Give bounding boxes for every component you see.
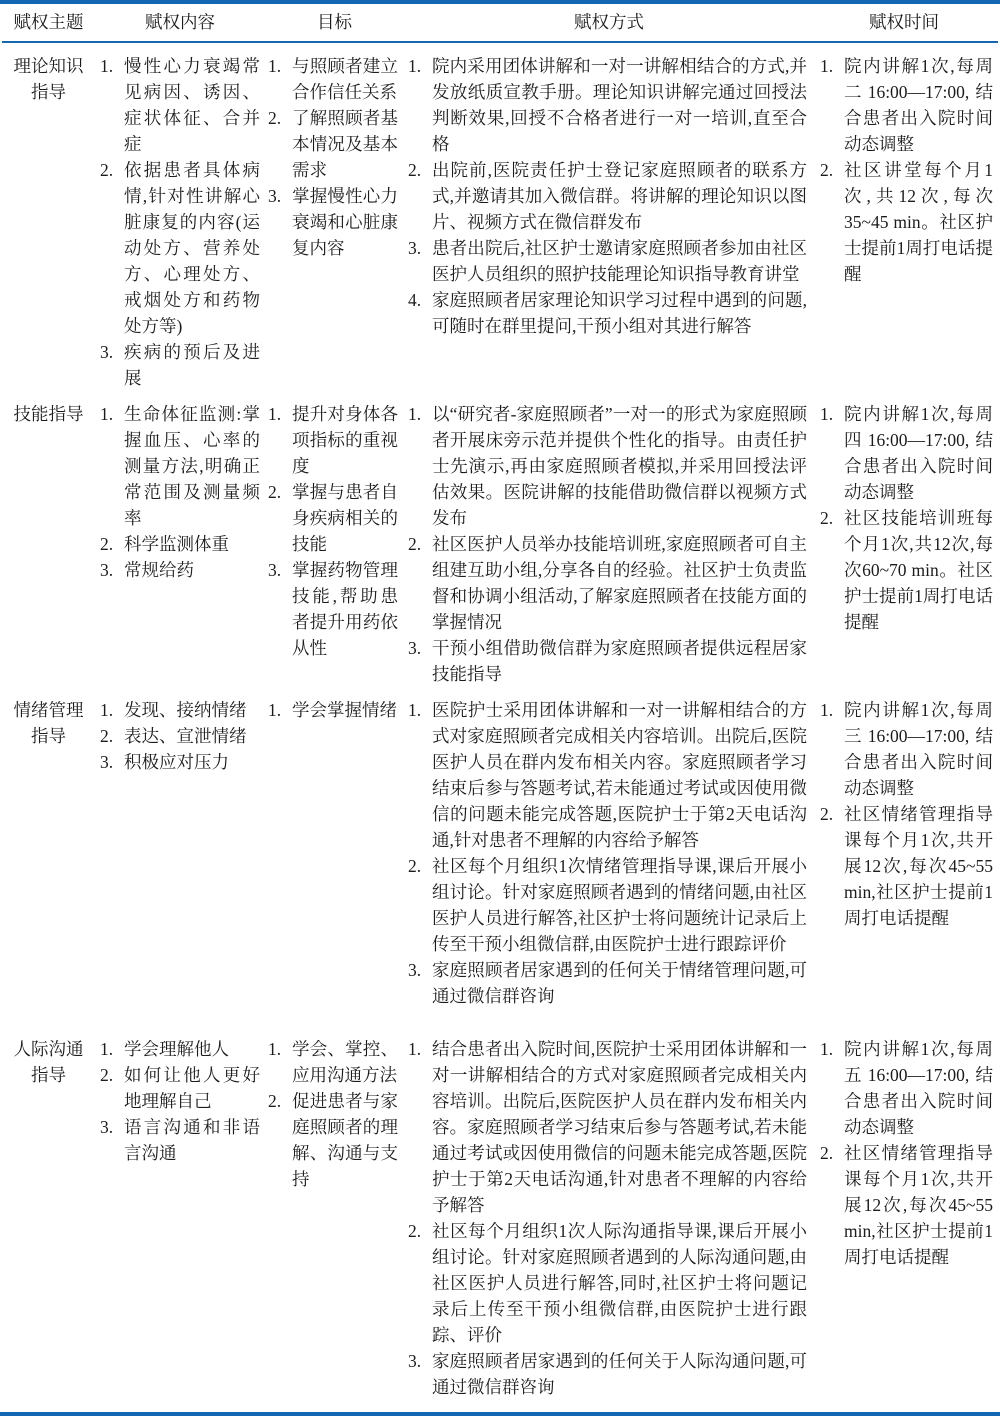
- content-list: 学会理解他人 如何让他人更好地理解自己 语言沟通和非语言沟通: [100, 1036, 260, 1166]
- content-cell: 发现、接纳情绪 表达、宣泄情绪 积极应对压力: [95, 697, 265, 1026]
- content-item: 学会理解他人: [100, 1036, 260, 1062]
- header-cell-method: 赋权方式: [404, 10, 814, 34]
- method-list: 以“研究者-家庭照顾者”一对一的形式为家庭照顾者开展床旁示范并提供个性化的指导。…: [408, 401, 807, 687]
- goal-cell: 与照顾者建立合作信任关系 了解照顾者基本情况及基本需求 掌握慢性心力衰竭和心脏康…: [265, 53, 404, 391]
- header-cell-content: 赋权内容: [95, 10, 265, 34]
- method-item: 家庭照顾者居家遇到的任何关于人际沟通问题,可通过微信群咨询: [408, 1348, 807, 1400]
- method-item: 院内采用团体讲解和一对一讲解相结合的方式,并发放纸质宣教手册。理论知识讲解完通过…: [408, 53, 807, 157]
- time-item: 院内讲解1次,每周五16:00—17:00,结合患者出入院时间动态调整: [820, 1036, 993, 1140]
- time-list: 院内讲解1次,每周三16:00—17:00,结合患者出入院时间动态调整 社区情绪…: [820, 697, 993, 931]
- content-item: 依据患者具体病情,针对性讲解心脏康复的内容(运动处方、营养处方、心理处方、戒烟处…: [100, 157, 260, 339]
- method-item: 结合患者出入院时间,医院护士采用团体讲解和一对一讲解相结合的方式对家庭照顾者完成…: [408, 1036, 807, 1218]
- theme-cell: 情绪管理指导: [2, 697, 95, 1026]
- goal-item: 促进患者与家庭照顾者的理解、沟通与支持: [268, 1088, 398, 1192]
- content-item: 表达、宣泄情绪: [100, 723, 260, 749]
- method-list: 院内采用团体讲解和一对一讲解相结合的方式,并发放纸质宣教手册。理论知识讲解完通过…: [408, 53, 807, 339]
- method-cell: 以“研究者-家庭照顾者”一对一的形式为家庭照顾者开展床旁示范并提供个性化的指导。…: [404, 401, 814, 687]
- method-item: 社区每个月组织1次情绪管理指导课,课后开展小组讨论。针对家庭照顾者遇到的情绪问题…: [408, 853, 807, 957]
- content-item: 生命体征监测:掌握血压、心率的测量方法,明确正常范围及测量频率: [100, 401, 260, 531]
- goal-list: 提升对身体各项指标的重视度 掌握与患者自身疾病相关的技能 掌握药物管理技能,帮助…: [268, 401, 398, 661]
- content-item: 积极应对压力: [100, 749, 260, 775]
- method-list: 医院护士采用团体讲解和一对一讲解相结合的方式对家庭照顾者完成相关内容培训。出院后…: [408, 697, 807, 1009]
- method-item: 医院护士采用团体讲解和一对一讲解相结合的方式对家庭照顾者完成相关内容培训。出院后…: [408, 697, 807, 853]
- method-item: 患者出院后,社区护士邀请家庭照顾者参加由社区医护人员组织的照护技能理论知识指导教…: [408, 235, 807, 287]
- goal-item: 学会掌握情绪: [268, 697, 398, 723]
- goal-item: 掌握慢性心力衰竭和心脏康复内容: [268, 183, 398, 261]
- time-list: 院内讲解1次,每周四16:00—17:00,结合患者出入院时间动态调整 社区技能…: [820, 401, 993, 635]
- time-item: 社区情绪管理指导课每个月1次,共开展12次,每次45~55 min,社区护士提前…: [820, 801, 993, 931]
- goal-cell: 学会掌握情绪: [265, 697, 404, 1026]
- header-cell-theme: 赋权主题: [2, 10, 95, 34]
- time-cell: 院内讲解1次,每周五16:00—17:00,结合患者出入院时间动态调整 社区情绪…: [814, 1036, 994, 1412]
- time-item: 院内讲解1次,每周三16:00—17:00,结合患者出入院时间动态调整: [820, 697, 993, 801]
- content-list: 发现、接纳情绪 表达、宣泄情绪 积极应对压力: [100, 697, 260, 775]
- time-cell: 院内讲解1次,每周三16:00—17:00,结合患者出入院时间动态调整 社区情绪…: [814, 697, 994, 1026]
- goal-item: 掌握与患者自身疾病相关的技能: [268, 479, 398, 557]
- method-item: 社区每个月组织1次人际沟通指导课,课后开展小组讨论。针对家庭照顾者遇到的人际沟通…: [408, 1218, 807, 1348]
- content-cell: 生命体征监测:掌握血压、心率的测量方法,明确正常范围及测量频率 科学监测体重 常…: [95, 401, 265, 687]
- content-list: 生命体征监测:掌握血压、心率的测量方法,明确正常范围及测量频率 科学监测体重 常…: [100, 401, 260, 583]
- content-item: 如何让他人更好地理解自己: [100, 1062, 260, 1114]
- theme-cell: 技能指导: [2, 401, 95, 687]
- content-item: 发现、接纳情绪: [100, 697, 260, 723]
- time-cell: 院内讲解1次,每周四16:00—17:00,结合患者出入院时间动态调整 社区技能…: [814, 401, 994, 687]
- time-item: 社区情绪管理指导课每个月1次,共开展12次,每次45~55 min,社区护士提前…: [820, 1140, 993, 1270]
- time-item: 社区讲堂每个月1次,共12次,每次35~45 min。社区护士提前1周打电话提醒: [820, 157, 993, 287]
- method-item: 以“研究者-家庭照顾者”一对一的形式为家庭照顾者开展床旁示范并提供个性化的指导。…: [408, 401, 807, 531]
- goal-list: 学会掌握情绪: [268, 697, 398, 723]
- goal-item: 掌握药物管理技能,帮助患者提升用药依从性: [268, 557, 398, 661]
- theme-cell: 人际沟通指导: [2, 1036, 95, 1412]
- time-item: 院内讲解1次,每周四16:00—17:00,结合患者出入院时间动态调整: [820, 401, 993, 505]
- goal-item: 提升对身体各项指标的重视度: [268, 401, 398, 479]
- time-item: 院内讲解1次,每周二16:00—17:00,结合患者出入院时间动态调整: [820, 53, 993, 157]
- method-item: 家庭照顾者居家遇到的任何关于情绪管理问题,可通过微信群咨询: [408, 957, 807, 1009]
- method-item: 出院前,医院责任护士登记家庭照顾者的联系方式,并邀请其加入微信群。将讲解的理论知…: [408, 157, 807, 235]
- table-row-emotion-management: 情绪管理指导 发现、接纳情绪 表达、宣泄情绪 积极应对压力 学会掌握情绪 医院护…: [2, 687, 998, 1026]
- time-list: 院内讲解1次,每周二16:00—17:00,结合患者出入院时间动态调整 社区讲堂…: [820, 53, 993, 287]
- method-cell: 医院护士采用团体讲解和一对一讲解相结合的方式对家庭照顾者完成相关内容培训。出院后…: [404, 697, 814, 1026]
- time-list: 院内讲解1次,每周五16:00—17:00,结合患者出入院时间动态调整 社区情绪…: [820, 1036, 993, 1270]
- table-row-skill: 技能指导 生命体征监测:掌握血压、心率的测量方法,明确正常范围及测量频率 科学监…: [2, 391, 998, 687]
- method-list: 结合患者出入院时间,医院护士采用团体讲解和一对一讲解相结合的方式对家庭照顾者完成…: [408, 1036, 807, 1400]
- empowerment-program-table: 赋权主题 赋权内容 目标 赋权方式 赋权时间 理论知识指导 慢性心力衰竭常见病因…: [0, 0, 1000, 1416]
- table-row-interpersonal-communication: 人际沟通指导 学会理解他人 如何让他人更好地理解自己 语言沟通和非语言沟通 学会…: [2, 1026, 998, 1412]
- content-cell: 慢性心力衰竭常见病因、诱因、症状体征、合并症 依据患者具体病情,针对性讲解心脏康…: [95, 53, 265, 391]
- theme-cell: 理论知识指导: [2, 53, 95, 391]
- content-item: 慢性心力衰竭常见病因、诱因、症状体征、合并症: [100, 53, 260, 157]
- content-cell: 学会理解他人 如何让他人更好地理解自己 语言沟通和非语言沟通: [95, 1036, 265, 1412]
- header-cell-goal: 目标: [265, 10, 404, 34]
- table-header-row: 赋权主题 赋权内容 目标 赋权方式 赋权时间: [2, 4, 998, 43]
- content-item: 疾病的预后及进展: [100, 339, 260, 391]
- content-item: 常规给药: [100, 557, 260, 583]
- table-row-theory-knowledge: 理论知识指导 慢性心力衰竭常见病因、诱因、症状体征、合并症 依据患者具体病情,针…: [2, 43, 998, 391]
- header-cell-time: 赋权时间: [814, 10, 994, 34]
- goal-cell: 提升对身体各项指标的重视度 掌握与患者自身疾病相关的技能 掌握药物管理技能,帮助…: [265, 401, 404, 687]
- time-cell: 院内讲解1次,每周二16:00—17:00,结合患者出入院时间动态调整 社区讲堂…: [814, 53, 994, 391]
- content-list: 慢性心力衰竭常见病因、诱因、症状体征、合并症 依据患者具体病情,针对性讲解心脏康…: [100, 53, 260, 391]
- method-item: 干预小组借助微信群为家庭照顾者提供远程居家技能指导: [408, 635, 807, 687]
- goal-item: 学会、掌控、应用沟通方法: [268, 1036, 398, 1088]
- method-cell: 结合患者出入院时间,医院护士采用团体讲解和一对一讲解相结合的方式对家庭照顾者完成…: [404, 1036, 814, 1412]
- goal-list: 学会、掌控、应用沟通方法 促进患者与家庭照顾者的理解、沟通与支持: [268, 1036, 398, 1192]
- goal-item: 与照顾者建立合作信任关系: [268, 53, 398, 105]
- method-cell: 院内采用团体讲解和一对一讲解相结合的方式,并发放纸质宣教手册。理论知识讲解完通过…: [404, 53, 814, 391]
- goal-item: 了解照顾者基本情况及基本需求: [268, 105, 398, 183]
- content-item: 科学监测体重: [100, 531, 260, 557]
- goal-list: 与照顾者建立合作信任关系 了解照顾者基本情况及基本需求 掌握慢性心力衰竭和心脏康…: [268, 53, 398, 261]
- method-item: 社区医护人员举办技能培训班,家庭照顾者可自主组建互助小组,分享各自的经验。社区护…: [408, 531, 807, 635]
- content-item: 语言沟通和非语言沟通: [100, 1114, 260, 1166]
- method-item: 家庭照顾者居家理论知识学习过程中遇到的问题,可随时在群里提问,干预小组对其进行解…: [408, 287, 807, 339]
- goal-cell: 学会、掌控、应用沟通方法 促进患者与家庭照顾者的理解、沟通与支持: [265, 1036, 404, 1412]
- time-item: 社区技能培训班每个月1次,共12次,每次60~70 min。社区护士提前1周打电…: [820, 505, 993, 635]
